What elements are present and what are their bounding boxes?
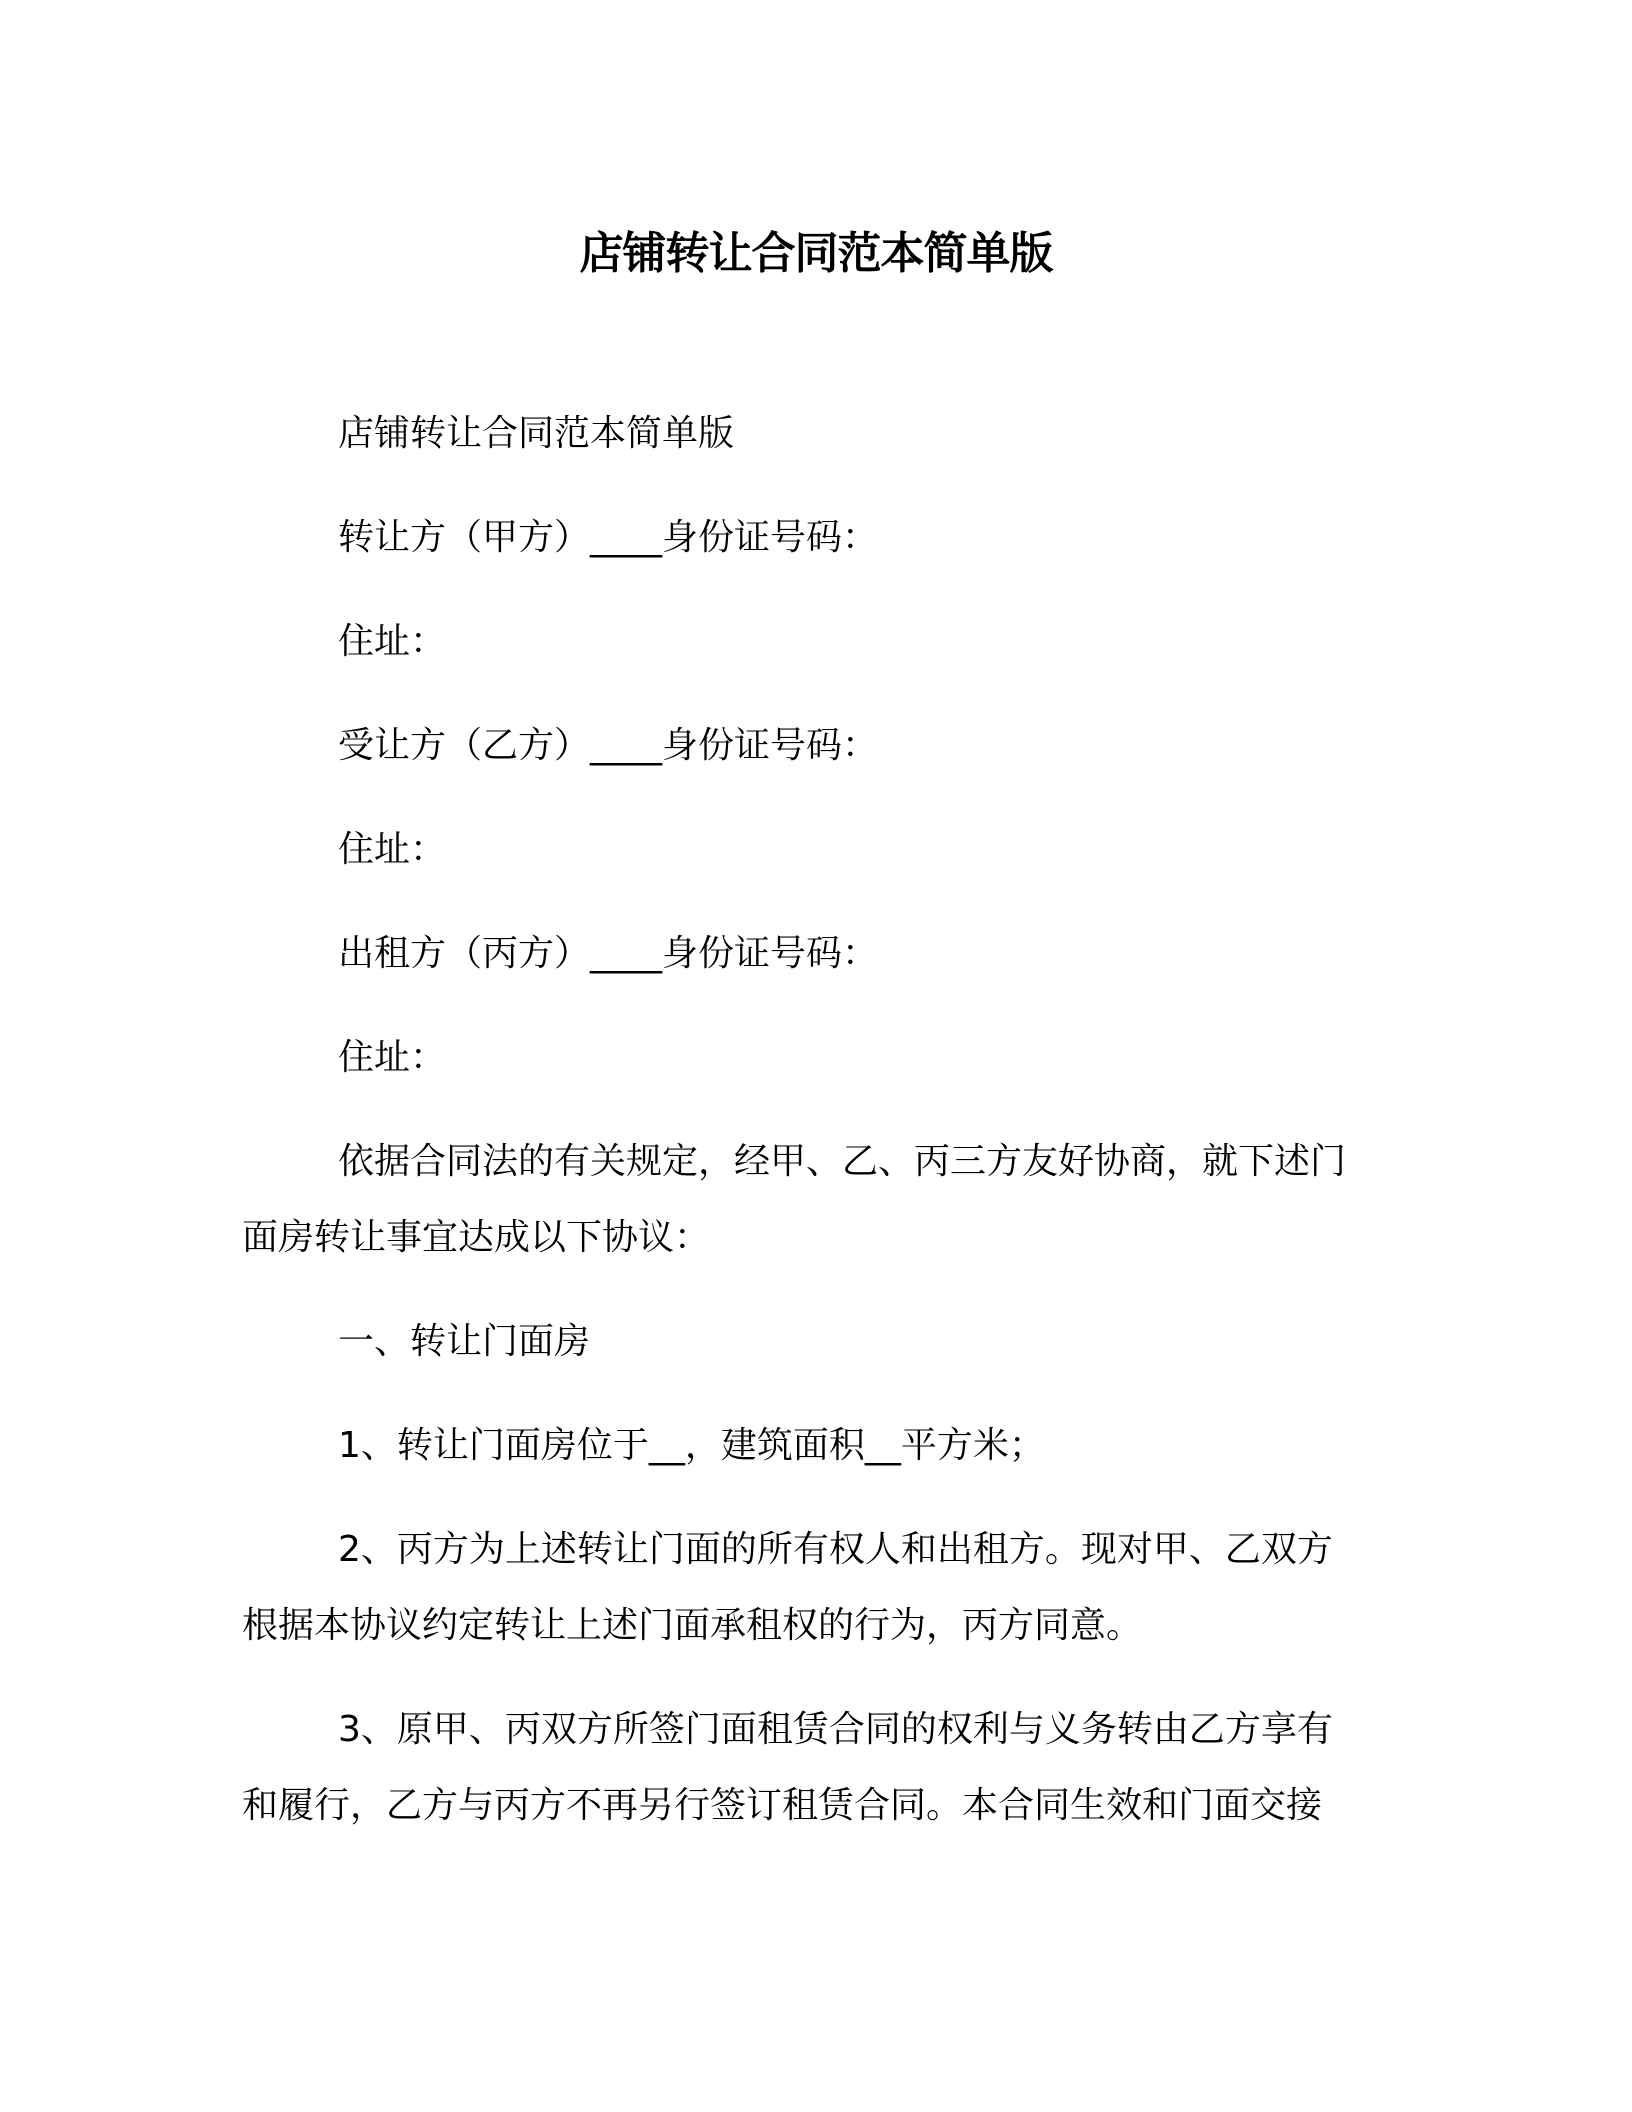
text-line: 面房转让事宜达成以下协议：	[242, 1200, 1392, 1276]
text-line: 1、转让门面房位于__，建筑面积__平方米；	[242, 1408, 1392, 1484]
text-line: 根据本协议约定转让上述门面承租权的行为，丙方同意。	[242, 1588, 1392, 1664]
text-line: 住址：	[242, 1020, 1392, 1096]
party-a-address-paragraph: 住址：	[242, 604, 1392, 680]
party-b-id-paragraph: 受让方（乙方）____身份证号码：	[242, 708, 1392, 784]
preamble-paragraph: 依据合同法的有关规定，经甲、乙、丙三方友好协商，就下述门 面房转让事宜达成以下协…	[242, 1124, 1392, 1276]
text-line: 和履行，乙方与丙方不再另行签订租赁合同。本合同生效和门面交接	[242, 1768, 1392, 1844]
party-c-id-paragraph: 出租方（丙方）____身份证号码：	[242, 916, 1392, 992]
subtitle-paragraph: 店铺转让合同范本简单版	[242, 396, 1392, 472]
text-line: 住址：	[242, 604, 1392, 680]
clause-2: 2、丙方为上述转让门面的所有权人和出租方。现对甲、乙双方 根据本协议约定转让上述…	[242, 1512, 1392, 1664]
text-line: 转让方（甲方）____身份证号码：	[242, 500, 1392, 576]
document-body: 店铺转让合同范本简单版 转让方（甲方）____身份证号码： 住址： 受让方（乙方…	[242, 396, 1392, 1872]
document-page: 店铺转让合同范本简单版 店铺转让合同范本简单版 转让方（甲方）____身份证号码…	[0, 0, 1632, 2112]
text-line: 依据合同法的有关规定，经甲、乙、丙三方友好协商，就下述门	[242, 1124, 1392, 1200]
text-line: 受让方（乙方）____身份证号码：	[242, 708, 1392, 784]
section-heading-1: 一、转让门面房	[242, 1304, 1392, 1380]
clause-1: 1、转让门面房位于__，建筑面积__平方米；	[242, 1408, 1392, 1484]
text-line: 一、转让门面房	[242, 1304, 1392, 1380]
text-line: 店铺转让合同范本简单版	[242, 396, 1392, 472]
text-line: 住址：	[242, 812, 1392, 888]
party-c-address-paragraph: 住址：	[242, 1020, 1392, 1096]
party-b-address-paragraph: 住址：	[242, 812, 1392, 888]
text-line: 出租方（丙方）____身份证号码：	[242, 916, 1392, 992]
text-line: 3、原甲、丙双方所签门面租赁合同的权利与义务转由乙方享有	[242, 1692, 1392, 1768]
document-title: 店铺转让合同范本简单版	[0, 222, 1632, 286]
party-a-id-paragraph: 转让方（甲方）____身份证号码：	[242, 500, 1392, 576]
clause-3: 3、原甲、丙双方所签门面租赁合同的权利与义务转由乙方享有 和履行，乙方与丙方不再…	[242, 1692, 1392, 1844]
text-line: 2、丙方为上述转让门面的所有权人和出租方。现对甲、乙双方	[242, 1512, 1392, 1588]
